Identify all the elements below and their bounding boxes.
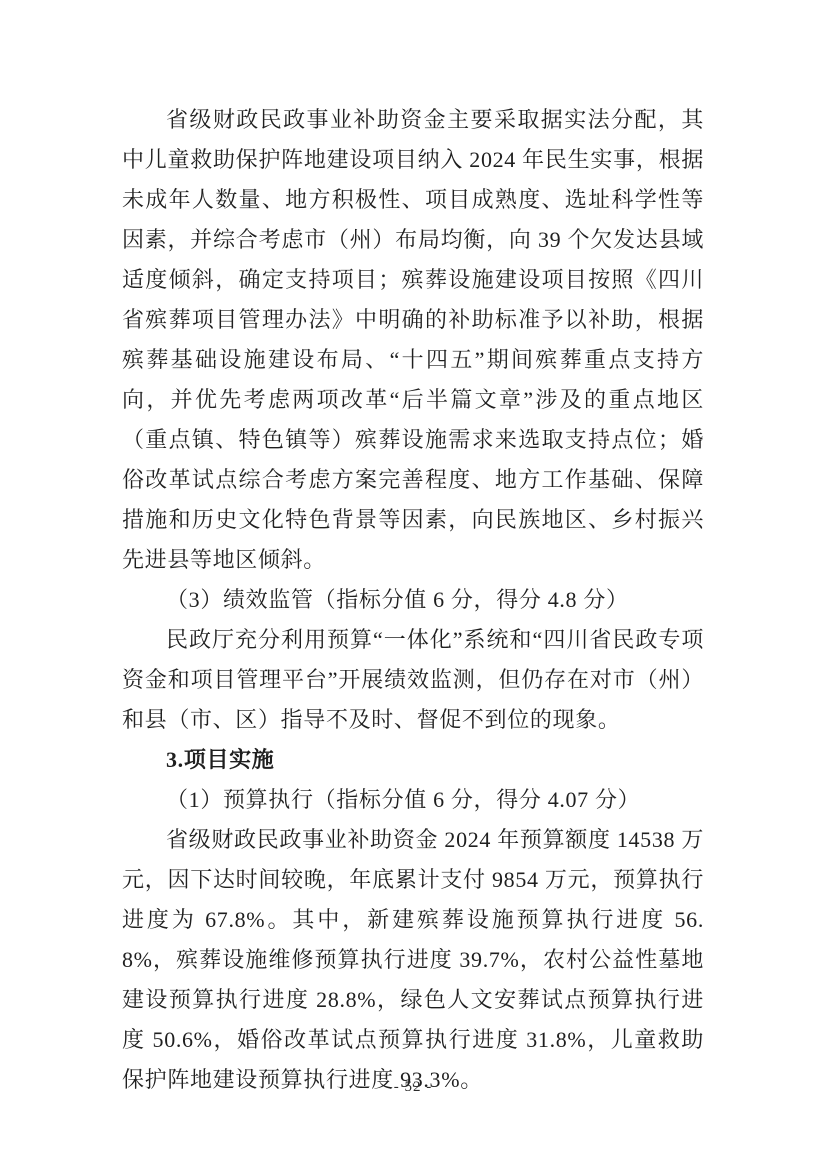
document-body: 省级财政民政事业补助资金主要采取据实法分配，其中儿童救助保护阵地建设项目纳入 2… (122, 100, 704, 1100)
page-number: - 52 - (394, 1079, 433, 1095)
paragraph-budget-execution-score: （1）预算执行（指标分值 6 分，得分 4.07 分） (122, 780, 704, 820)
paragraph-fund-allocation-method: 省级财政民政事业补助资金主要采取据实法分配，其中儿童救助保护阵地建设项目纳入 2… (122, 100, 704, 580)
paragraph-budget-execution-detail: 省级财政民政事业补助资金 2024 年预算额度 14538 万元，因下达时间较晚… (122, 820, 704, 1100)
document-page: 省级财政民政事业补助资金主要采取据实法分配，其中儿童救助保护阵地建设项目纳入 2… (0, 0, 826, 1169)
paragraph-performance-supervision-score: （3）绩效监管（指标分值 6 分，得分 4.8 分） (122, 580, 704, 620)
paragraph-performance-monitoring: 民政厅充分利用预算“一体化”系统和“四川省民政专项资金和项目管理平台”开展绩效监… (122, 620, 704, 740)
section-heading-project-implementation: 3.项目实施 (122, 740, 704, 780)
page-footer: - 52 - (0, 1078, 826, 1096)
